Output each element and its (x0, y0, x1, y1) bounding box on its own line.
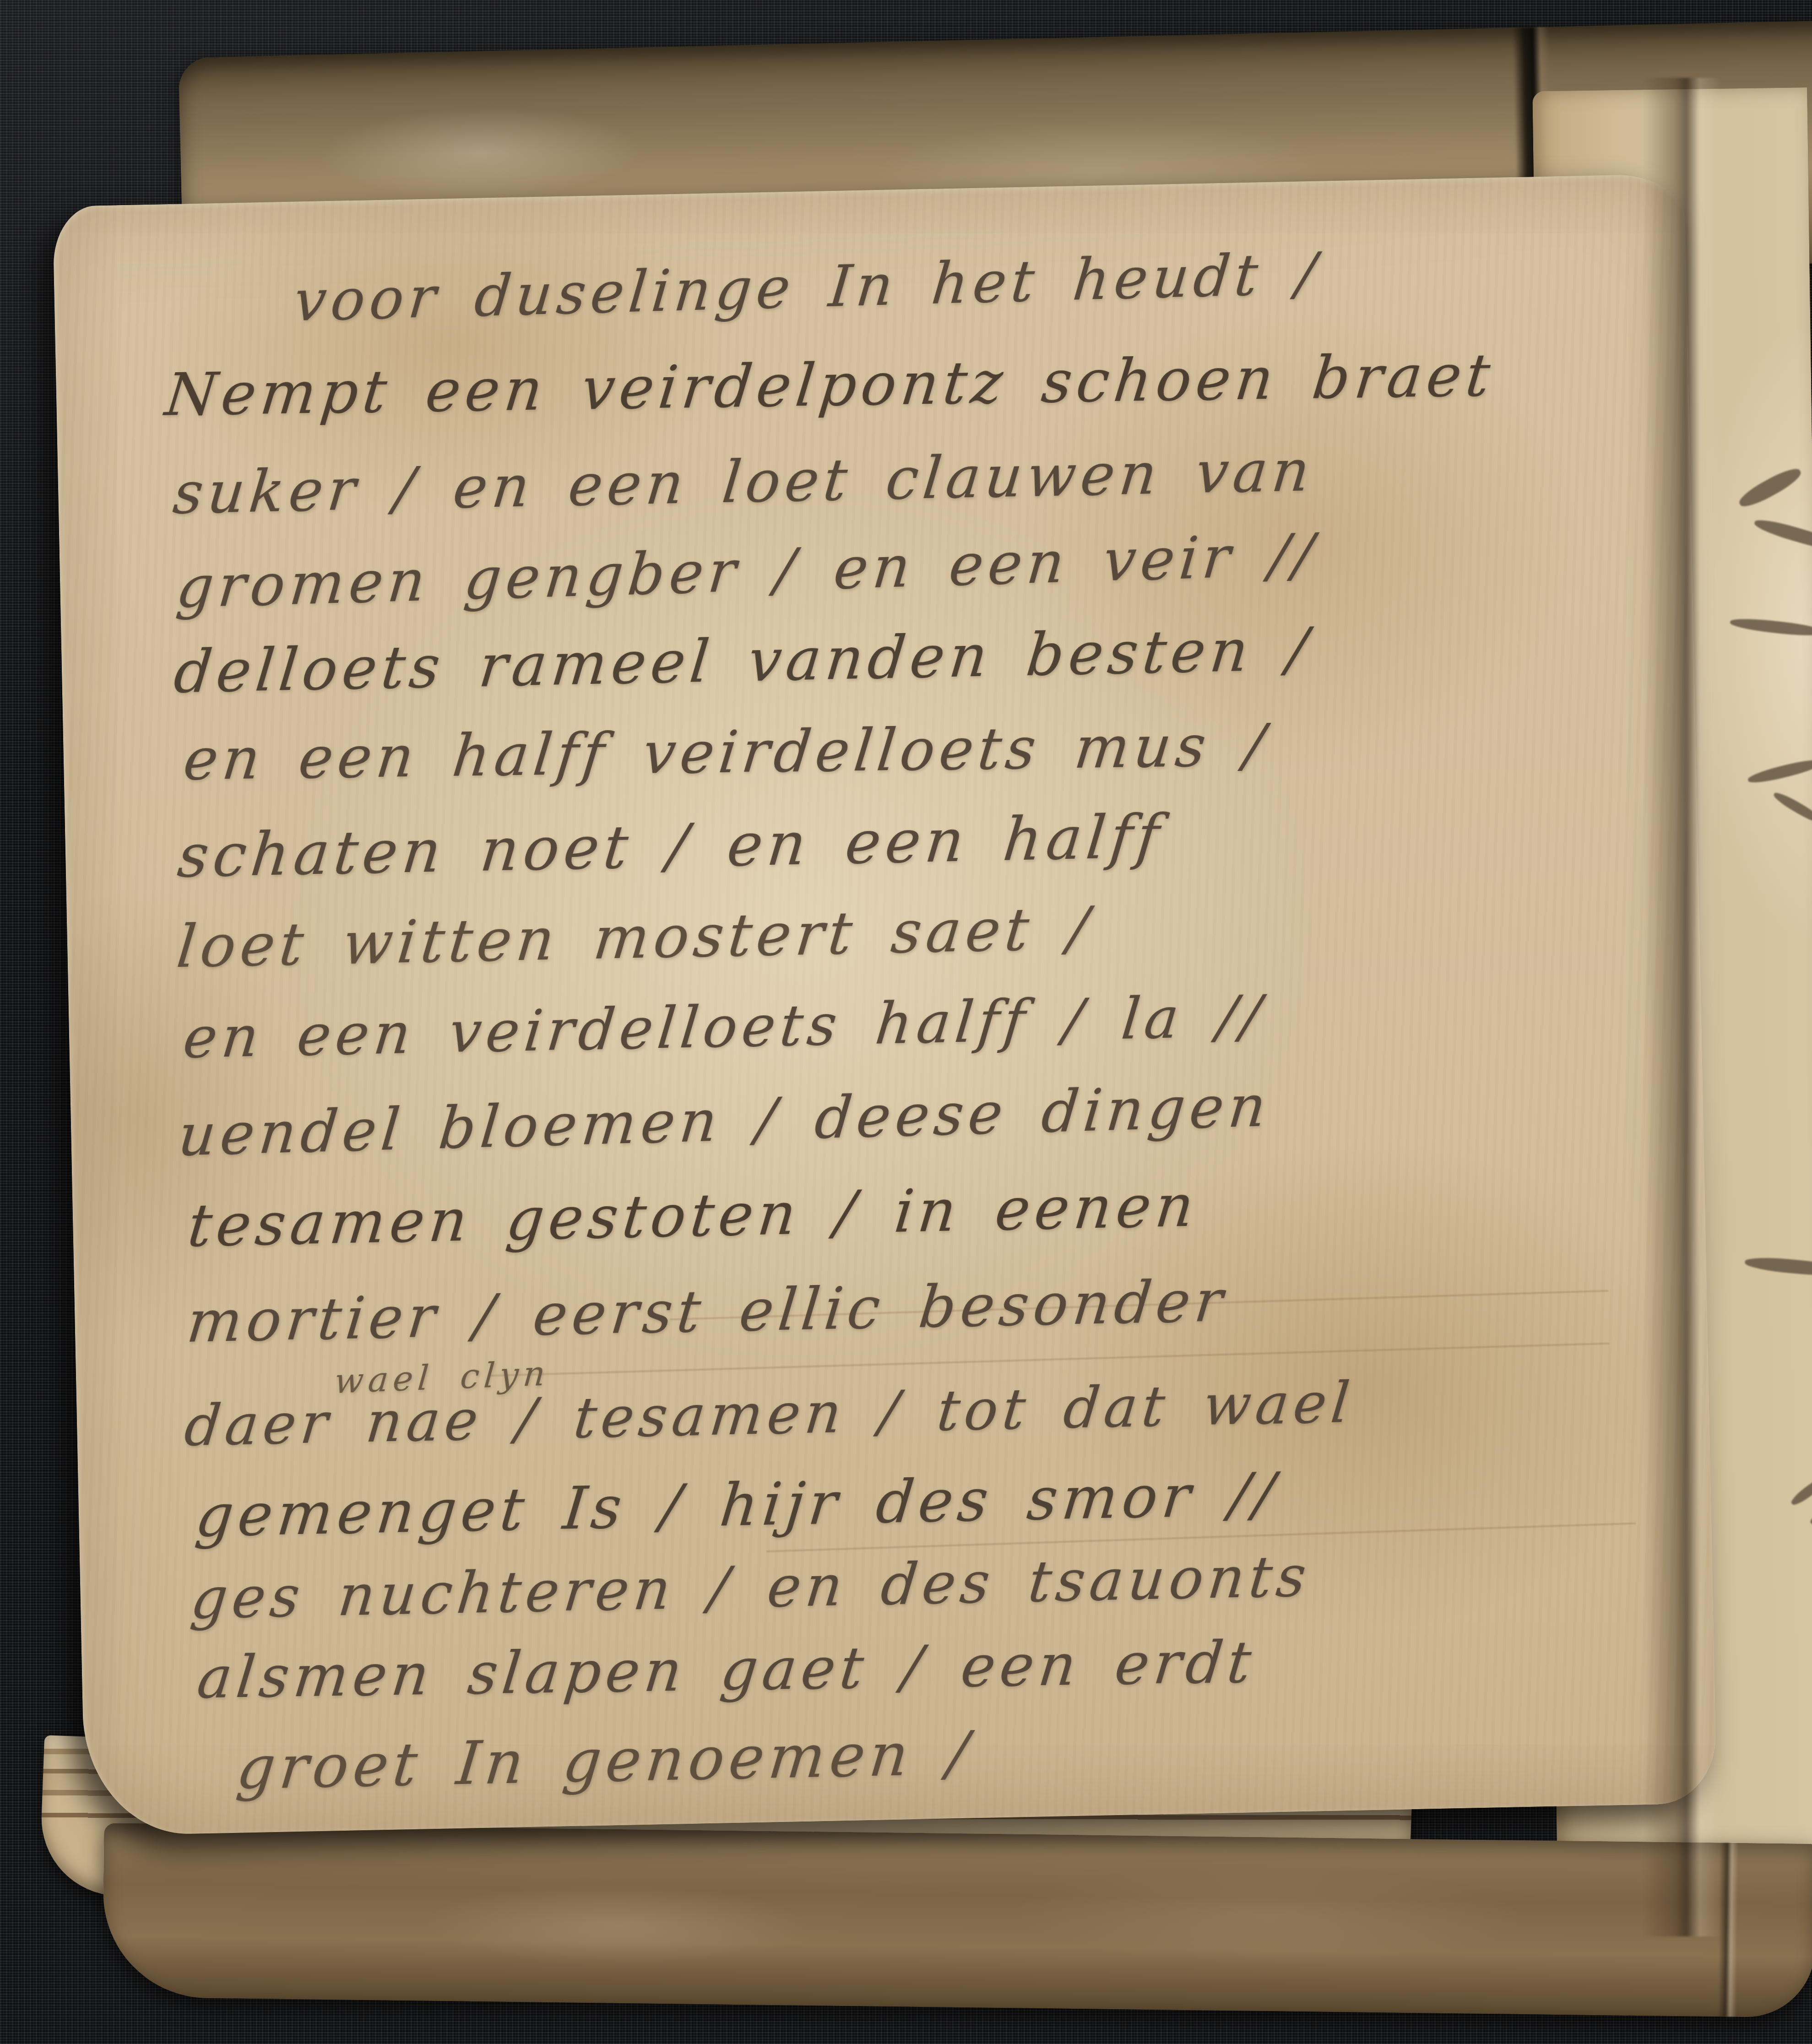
manuscript-line: groet In genoemen / (233, 1718, 976, 1803)
manuscript-photo: { "scene": { "description": "Photograph … (0, 0, 1812, 2044)
left-page: voor duselinge In het heudt / Nempt een … (53, 174, 1717, 1836)
manuscript-line: en een halff veirdelloets mus / (180, 711, 1273, 793)
partial-ink-stroke (1789, 1475, 1812, 1508)
manuscript-line: schaten noet / en een halff (174, 802, 1167, 891)
partial-ink-stroke (1747, 757, 1812, 786)
manuscript-line: ges nuchteren / en des tsauonts (188, 1543, 1313, 1632)
manuscript-line: suker / en een loet clauwen van (170, 437, 1318, 527)
manuscript-line: en een veirdelloets halff / la // (180, 983, 1269, 1071)
manuscript-line: uendel bloemen / deese dingen (175, 1072, 1273, 1169)
partial-ink-stroke (1736, 464, 1804, 511)
partial-ink-stroke (1772, 790, 1812, 826)
manuscript-line: delloets rameel vanden besten / (171, 615, 1315, 706)
manuscript-line: tesamen gestoten / in eenen (185, 1171, 1201, 1260)
manuscript-line: loet witten mostert saet / (174, 895, 1096, 981)
partial-ink-stroke (1730, 616, 1812, 638)
partial-ink-stroke (1744, 1255, 1812, 1278)
blind-ruling-line (488, 1343, 1609, 1377)
manuscript-line: Nempt een veirdelpontz schoen braet (162, 341, 1498, 429)
manuscript-line: mortier / eerst ellic besonder (184, 1267, 1231, 1355)
cover-fold-crease (1718, 1843, 1739, 2017)
manuscript-line: gemenget Is / hijr des smor // (192, 1460, 1282, 1551)
manuscript-line: gromen gengber / en een veir // (174, 521, 1321, 621)
partial-ink-stroke (1753, 516, 1812, 554)
manuscript-line: voor duselinge In het heudt / (291, 241, 1324, 335)
manuscript-line: alsmen slapen gaet / een erdt (194, 1628, 1259, 1712)
parchment-cover-bottom (102, 1823, 1812, 2018)
partial-ink-stroke (1808, 1494, 1812, 1527)
